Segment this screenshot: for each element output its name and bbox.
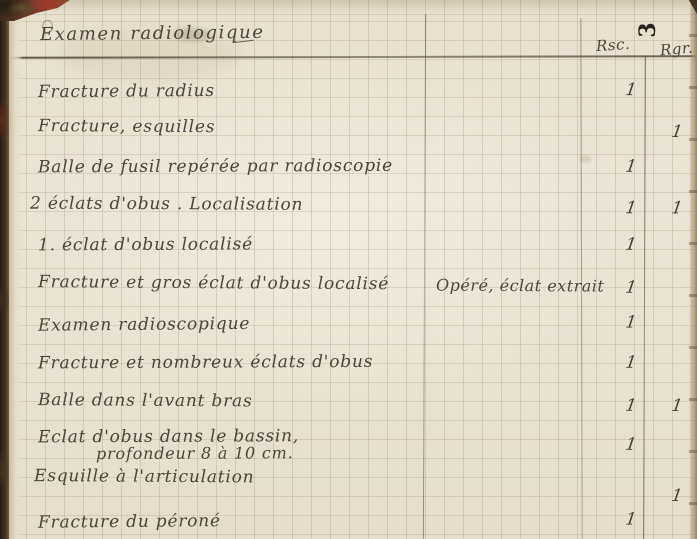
page-number: 3 (636, 18, 660, 42)
rgr-count: 1 (662, 396, 693, 416)
column-header-rsc: Rsc. (595, 35, 630, 55)
table-row: Fracture et gros éclat d'obus localisé O… (0, 272, 697, 302)
page-top-shadow (0, 0, 697, 13)
ink-smudge (173, 28, 211, 41)
table-row: Balle dans l'avant bras 1 1 (0, 390, 697, 420)
entry-text: Examen radioscopique (38, 314, 250, 336)
rsc-count: 1 (616, 198, 647, 218)
rsc-count: 1 (616, 235, 647, 255)
entry-text: 1. éclat d'obus localisé (38, 234, 253, 255)
rsc-count: 1 (616, 278, 647, 298)
rsc-count: 1 (616, 435, 647, 455)
table-row: Fracture du radius 1 (0, 78, 697, 109)
rsc-count: 1 (616, 312, 647, 332)
table-row: Esquille à l'articulation 1 (0, 466, 697, 496)
rsc-count: 1 (616, 157, 647, 177)
rgr-count: 1 (661, 486, 692, 506)
table-row: Fracture, esquilles 1 (0, 116, 697, 146)
entry-text: Esquille à l'articulation (34, 466, 255, 487)
rgr-count: 1 (662, 122, 693, 142)
entry-text: Fracture et gros éclat d'obus localisé (38, 272, 389, 294)
table-row: 2 éclats d'obus . Localisation 1 1 (0, 193, 697, 222)
rsc-count: 1 (616, 353, 647, 373)
entry-text: Fracture du radius (38, 81, 215, 102)
table-row: Eclat d'obus dans le bassin, profondeur … (0, 424, 697, 471)
entry-text-line2: profondeur 8 à 10 cm. (96, 443, 294, 463)
entry-text: Fracture du péroné (38, 511, 221, 533)
table-row: 1. éclat d'obus localisé 1 (0, 232, 697, 261)
entry-text: Fracture et nombreux éclats d'obus (38, 352, 373, 373)
entry-text: Balle de fusil repérée par radioscopie (38, 156, 393, 178)
rsc-count: 1 (616, 509, 647, 529)
entry-text: Fracture, esquilles (38, 116, 215, 137)
entry-note: Opéré, éclat extrait (436, 276, 604, 296)
table-row: Fracture et nombreux éclats d'obus 1 (0, 350, 697, 379)
ledger-page: Examen radiologique Rsc. Rgr. 3 Fracture… (0, 0, 697, 539)
column-header-rgr: Rgr. (659, 39, 694, 60)
entry-text: Balle dans l'avant bras (38, 390, 253, 411)
rgr-count: 1 (662, 198, 693, 218)
entry-text: 2 éclats d'obus . Localisation (30, 194, 303, 215)
table-row: Balle de fusil repérée par radioscopie 1 (0, 154, 697, 183)
rsc-count: 1 (616, 80, 647, 100)
rsc-count: 1 (616, 396, 647, 416)
